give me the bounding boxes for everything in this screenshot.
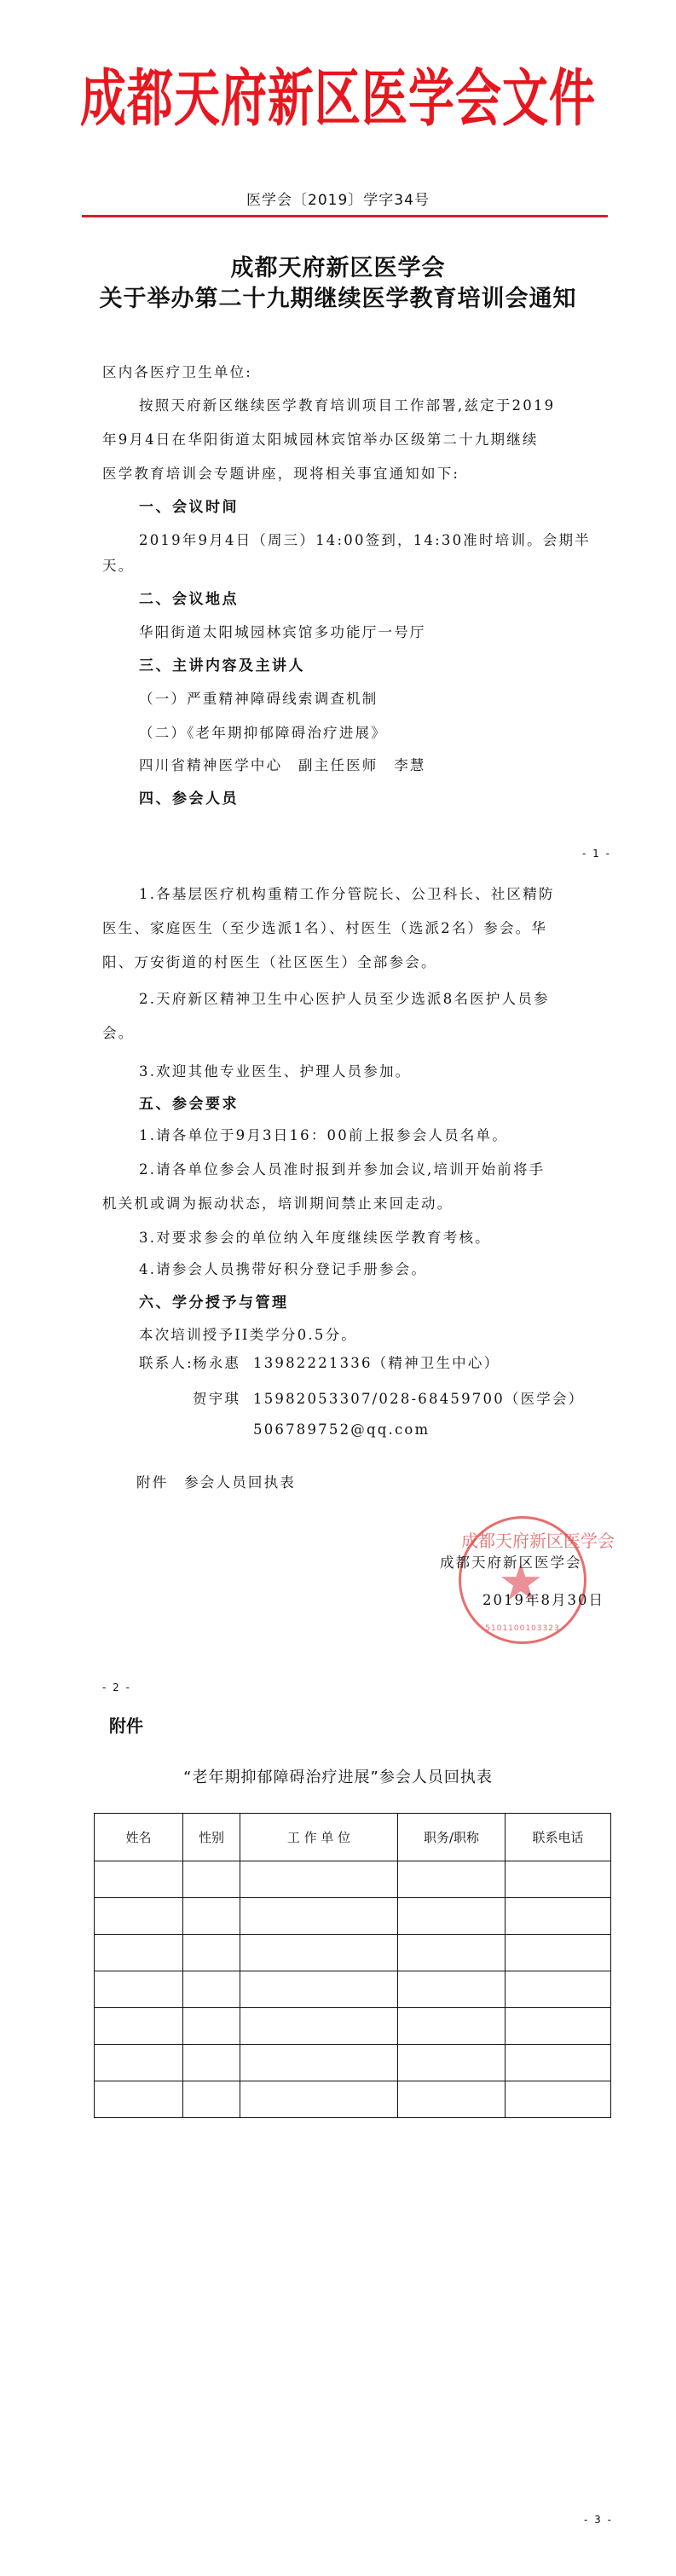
contact-email[interactable]: 506789752@qq.com: [253, 1421, 430, 1438]
table-cell[interactable]: [506, 1971, 611, 2008]
section-3-item-2: （二）《老年期抑郁障碍治疗进展》: [139, 721, 387, 742]
reply-table-title: “老年期抑郁障碍治疗进展”参会人员回执表: [0, 1765, 676, 1787]
table-cell[interactable]: [240, 1935, 398, 1971]
official-seal-stamp: 成都天府新区医学会 ★ 5101100103323: [459, 1516, 586, 1644]
table-cell[interactable]: [183, 2008, 240, 2045]
page-number-3: - 3 -: [584, 2514, 613, 2526]
table-row: [95, 2045, 611, 2081]
table-cell[interactable]: [95, 1898, 183, 1935]
section-4-item-1-line-2: 医生、家庭医生（至少选派1名）、村医生（选派2名）参会。华: [102, 917, 547, 937]
table-cell[interactable]: [398, 2008, 506, 2045]
section-5-item-1: 1.请各单位于9月3日16：00前上报参会人员名单。: [139, 1124, 508, 1144]
table-cell[interactable]: [240, 1861, 398, 1898]
page-number-2: - 2 -: [102, 1682, 131, 1693]
section-4-item-2-line-2: 会。: [102, 1022, 134, 1042]
red-divider-line: [82, 215, 608, 217]
table-cell[interactable]: [183, 1861, 240, 1898]
table-cell[interactable]: [240, 2045, 398, 2081]
table-cell[interactable]: [95, 1861, 183, 1898]
column-header-gender: 性别: [183, 1814, 240, 1861]
section-4-item-3: 3.欢迎其他专业医生、护理人员参加。: [139, 1060, 411, 1080]
table-cell[interactable]: [95, 2081, 183, 2118]
contact-2-info: 15982053307/028-68459700（医学会）: [253, 1387, 584, 1408]
table-cell[interactable]: [506, 2081, 611, 2118]
table-cell[interactable]: [183, 2045, 240, 2081]
section-1-heading: 一、会议时间: [139, 495, 239, 516]
section-4-heading: 四、参会人员: [139, 786, 239, 808]
table-cell[interactable]: [240, 2081, 398, 2118]
column-header-position: 职务/职称: [398, 1814, 506, 1861]
section-5-item-4: 4.请参会人员携带好积分登记手册参会。: [139, 1258, 427, 1278]
table-row: [95, 1898, 611, 1935]
attachment-note: 附件 参会人员回执表: [136, 1471, 296, 1491]
table-cell[interactable]: [398, 2081, 506, 2118]
section-2-text: 华阳街道太阳城园林宾馆多功能厅一号厅: [139, 621, 426, 641]
intro-line-3: 医学教育培训会专题讲座，现将相关事宜通知如下:: [102, 462, 459, 483]
table-row: [95, 1971, 611, 2008]
reply-form-table: 姓名 性别 工 作 单 位 职务/职称 联系电话: [94, 1813, 611, 2118]
table-cell[interactable]: [183, 1971, 240, 2008]
table-row: [95, 2081, 611, 2118]
section-3-item-1: （一）严重精神障碍线索调查机制: [139, 687, 378, 708]
table-cell[interactable]: [240, 1898, 398, 1935]
contact-1-info: 13982221336（精神卫生中心）: [253, 1352, 500, 1372]
section-3-speaker: 四川省精神医学中心 副主任医师 李慧: [139, 754, 426, 774]
intro-line-1: 按照天府新区继续医学教育培训项目工作部署,兹定于2019: [139, 394, 555, 414]
table-cell[interactable]: [506, 2008, 611, 2045]
section-1-line-2: 天。: [102, 554, 134, 575]
notice-title-line1: 成都天府新区医学会: [0, 249, 676, 282]
page-number-1: - 1 -: [582, 848, 611, 860]
table-cell[interactable]: [398, 1898, 506, 1935]
section-4-item-1-line-3: 阳、万安街道的村医生（社区医生）全部参会。: [102, 951, 437, 971]
table-cell[interactable]: [240, 2008, 398, 2045]
contacts-label: 联系人:: [139, 1352, 194, 1372]
contact-2-name: 贺宇琪: [193, 1387, 240, 1408]
table-row: [95, 1861, 611, 1898]
table-header-row: 姓名 性别 工 作 单 位 职务/职称 联系电话: [95, 1814, 611, 1861]
signature-date: 2019年8月30日: [482, 1589, 604, 1609]
section-5-item-2-line-2: 机关机或调为振动状态，培训期间禁止来回走动。: [102, 1192, 453, 1213]
table-cell[interactable]: [183, 1935, 240, 1971]
section-4-item-1-line-1: 1.各基层医疗机构重精工作分管院长、公卫科长、社区精防: [139, 883, 555, 903]
notice-title-line2: 关于举办第二十九期继续医学教育培训会通知: [0, 280, 676, 313]
table-cell[interactable]: [506, 1898, 611, 1935]
table-cell[interactable]: [398, 1935, 506, 1971]
section-4-item-2-line-1: 2.天府新区精神卫生中心医护人员至少选派8名医护人员参: [139, 987, 550, 1008]
section-1-line-1: 2019年9月4日（周三）14:00签到，14:30准时培训。会期半: [139, 529, 591, 549]
table-cell[interactable]: [398, 1861, 506, 1898]
section-6-heading: 六、学分授予与管理: [139, 1290, 289, 1311]
salutation: 区内各医疗卫生单位:: [102, 361, 252, 381]
stamp-code: 5101100103323: [461, 1624, 584, 1633]
section-6-text: 本次培训授予II类学分0.5分。: [139, 1323, 357, 1344]
red-header-title: 成都天府新区医学会文件: [0, 49, 676, 138]
document-number: 医学会〔2019〕学字34号: [0, 188, 676, 209]
intro-line-2: 年9月4日在华阳街道太阳城园林宾馆举办区级第二十九期继续: [102, 428, 539, 449]
stamp-text: 成都天府新区医学会: [461, 1527, 584, 1552]
table-cell[interactable]: [95, 2045, 183, 2081]
attachment-label: 附件: [109, 1712, 143, 1737]
section-5-item-2-line-1: 2.请各单位参会人员准时报到并参加会议,培训开始前将手: [139, 1158, 545, 1178]
column-header-phone: 联系电话: [506, 1814, 611, 1861]
section-5-item-3: 3.对要求参会的单位纳入年度继续医学教育考核。: [139, 1226, 491, 1247]
table-row: [95, 2008, 611, 2045]
table-row: [95, 1935, 611, 1971]
contact-1-name: 杨永惠: [193, 1352, 240, 1372]
table-cell[interactable]: [398, 1971, 506, 2008]
table-cell[interactable]: [183, 1898, 240, 1935]
table-cell[interactable]: [95, 1935, 183, 1971]
table-cell[interactable]: [95, 1971, 183, 2008]
section-5-heading: 五、参会要求: [139, 1091, 239, 1113]
table-cell[interactable]: [240, 1971, 398, 2008]
table-cell[interactable]: [183, 2081, 240, 2118]
signature-org: 成都天府新区医学会: [440, 1551, 582, 1572]
column-header-name: 姓名: [95, 1814, 183, 1861]
table-cell[interactable]: [398, 2045, 506, 2081]
table-cell[interactable]: [95, 2008, 183, 2045]
table-cell[interactable]: [506, 1935, 611, 1971]
table-cell[interactable]: [506, 2045, 611, 2081]
section-2-heading: 二、会议地点: [139, 587, 239, 608]
section-3-heading: 三、主讲内容及主讲人: [139, 653, 305, 674]
column-header-workplace: 工 作 单 位: [240, 1814, 398, 1861]
table-cell[interactable]: [506, 1861, 611, 1898]
